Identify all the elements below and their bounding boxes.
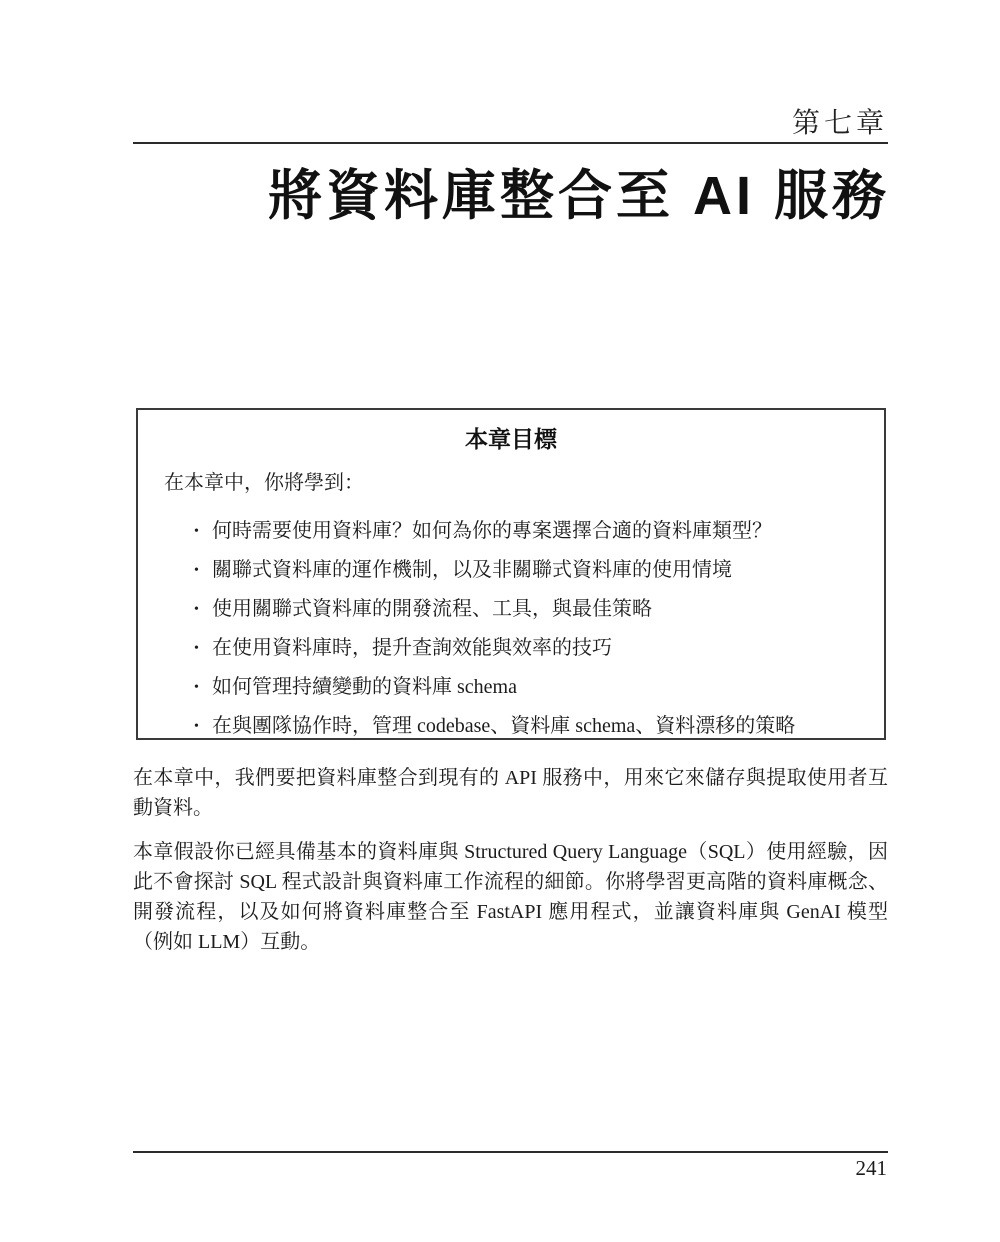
- list-item: • 何時需要使用資料庫？如何為你的專案選擇合適的資料庫類型？: [194, 520, 858, 543]
- list-item-text: 如何管理持續變動的資料庫 schema: [212, 676, 517, 699]
- list-item: • 在與團隊協作時，管理 codebase、資料庫 schema、資料漂移的策略: [194, 715, 858, 738]
- list-item-text: 關聯式資料庫的運作機制，以及非關聯式資料庫的使用情境: [212, 559, 732, 582]
- list-item-text: 在使用資料庫時，提升查詢效能與效率的技巧: [212, 637, 612, 660]
- bullet-icon: •: [194, 715, 212, 738]
- chapter-label: 第七章: [133, 101, 888, 141]
- header-rule: [133, 142, 888, 144]
- chapter-title: 將資料庫整合至 AI 服務: [100, 162, 890, 230]
- list-item: • 如何管理持續變動的資料庫 schema: [194, 676, 858, 699]
- list-item-text: 在與團隊協作時，管理 codebase、資料庫 schema、資料漂移的策略: [212, 715, 795, 738]
- paragraph: 本章假設你已經具備基本的資料庫與 Structured Query Langua…: [133, 837, 888, 957]
- paragraph: 在本章中，我們要把資料庫整合到現有的 API 服務中，用來它來儲存與提取使用者互…: [133, 763, 888, 823]
- list-item: • 關聯式資料庫的運作機制，以及非關聯式資料庫的使用情境: [194, 559, 858, 582]
- book-page: 第七章 將資料庫整合至 AI 服務 本章目標 在本章中，你將學到： • 何時需要…: [0, 0, 1000, 1242]
- goals-list: • 何時需要使用資料庫？如何為你的專案選擇合適的資料庫類型？ • 關聯式資料庫的…: [164, 520, 858, 738]
- bullet-icon: •: [194, 520, 212, 543]
- goals-intro: 在本章中，你將學到：: [164, 470, 858, 497]
- list-item-text: 使用關聯式資料庫的開發流程、工具，與最佳策略: [212, 598, 652, 621]
- bullet-icon: •: [194, 637, 212, 660]
- bullet-icon: •: [194, 598, 212, 621]
- bullet-icon: •: [194, 676, 212, 699]
- list-item: • 使用關聯式資料庫的開發流程、工具，與最佳策略: [194, 598, 858, 621]
- list-item-text: 何時需要使用資料庫？如何為你的專案選擇合適的資料庫類型？: [212, 520, 772, 543]
- goals-heading: 本章目標: [164, 424, 858, 454]
- list-item: • 在使用資料庫時，提升查詢效能與效率的技巧: [194, 637, 858, 660]
- chapter-goals-box: 本章目標 在本章中，你將學到： • 何時需要使用資料庫？如何為你的專案選擇合適的…: [136, 408, 886, 740]
- bullet-icon: •: [194, 559, 212, 582]
- footer-rule: [133, 1151, 888, 1153]
- page-number: 241: [856, 1156, 888, 1181]
